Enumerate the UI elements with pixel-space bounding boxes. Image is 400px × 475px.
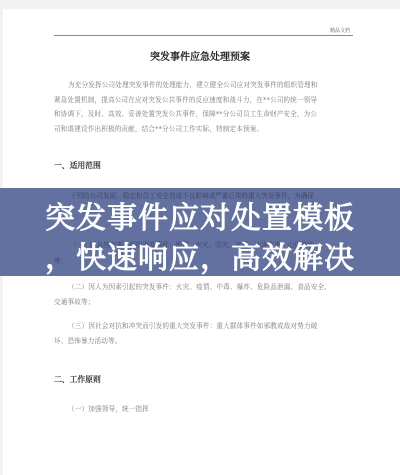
- intro-paragraph: 为充分发挥公司处理突发事件的处理能力，建立健全公司应对突发事件的组织管理和 紧急…: [54, 78, 354, 136]
- intro-line: 司和谐建设作出积极的贡献，结合**分公司工作实际，特制定本预案。: [54, 122, 354, 137]
- scope-paragraph-3: （三）因社会对抗和冲突而引发的重大突发事件：重大群体事件如邪教或敌对势力破 坏、…: [54, 319, 354, 348]
- principle-line: （一）加强领导，统一指挥: [54, 402, 354, 417]
- scope-line: 交通事故等；: [54, 295, 354, 310]
- scope-line: （三）因社会对抗和冲突而引发的重大突发事件：重大群体事件如邪教或敌对势力破: [54, 319, 354, 334]
- principles-paragraph: （一）加强领导，统一指挥: [54, 402, 354, 417]
- intro-line: 紧急处置机制，提高公司在应对突发公共事件的反应速度和战斗力，在**公司的统一领导: [54, 93, 354, 108]
- overlay-banner: 下列给公司发展、稳定和员工安全造成不良影响或严重后果的重大突发事件，为确保 （一…: [0, 188, 400, 276]
- header-divider: [54, 35, 353, 36]
- banner-title-line2: ，快速响应，高效解决: [0, 242, 400, 276]
- intro-line: 为充分发挥公司处理突发事件的处理能力，建立健全公司应对突发事件的组织管理和: [54, 78, 354, 93]
- scope-paragraph-2: （二）因人为因素引起的突发事件：火灾、疫情、中毒、爆炸、危险品泄漏、食品安全、 …: [54, 280, 354, 309]
- document-title: 突发事件应急处理预案: [0, 48, 400, 63]
- scope-line: 坏、恐怖暴力活动等。: [54, 334, 354, 349]
- section-heading-scope: 一、适用范围: [54, 160, 101, 171]
- header-mark: 精品文档: [330, 27, 350, 34]
- intro-line: 和协调下，及时、高效、妥善处置突发公共事件，保障**分公司员工生命财产安全，为公: [54, 107, 354, 122]
- obscured-line: 下列给公司发展、稳定和员工安全造成不良影响或严重后果的重大突发事件，为确保: [54, 190, 370, 200]
- section-heading-principles: 二、工作原则: [54, 374, 101, 385]
- banner-title-line1: 突发事件应对处置模板: [0, 202, 400, 236]
- scope-line: （二）因人为因素引起的突发事件：火灾、疫情、中毒、爆炸、危险品泄漏、食品安全、: [54, 280, 354, 295]
